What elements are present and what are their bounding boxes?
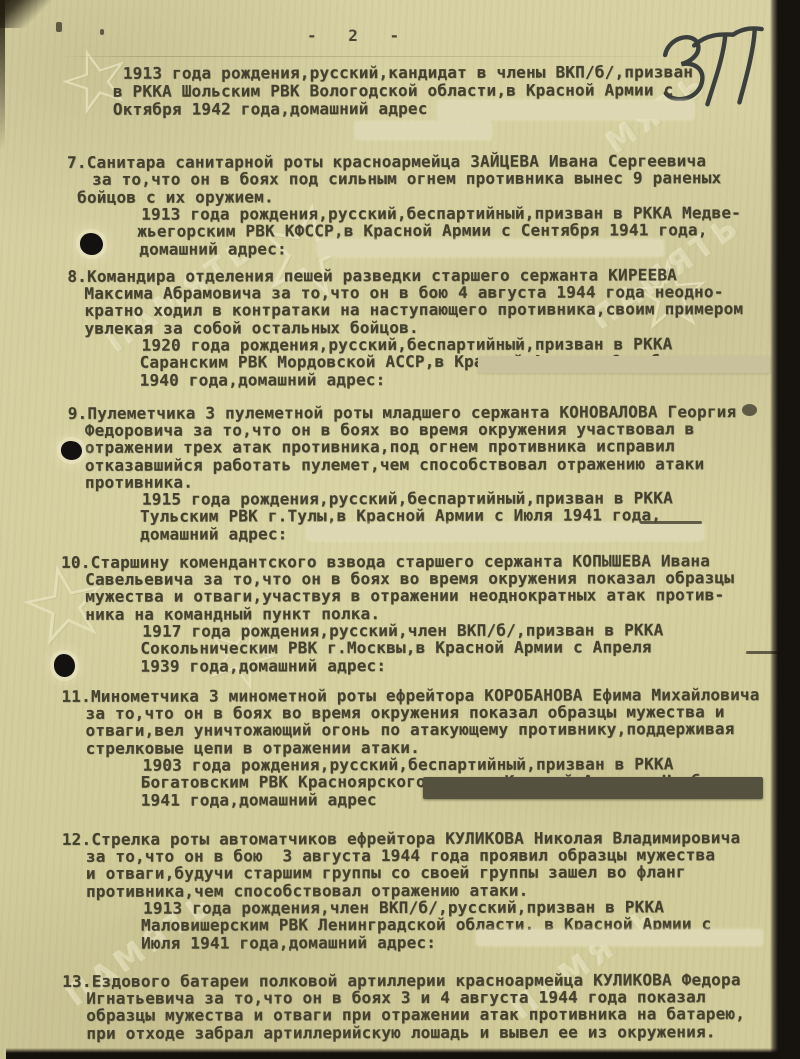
scan-edge-right: [770, 0, 800, 1059]
punch-hole: [54, 654, 75, 677]
entry-8-line: кратно ходил в контратаки на наступающег…: [84, 300, 743, 319]
entry-7-line: бойцов с их оружием.: [77, 188, 274, 206]
redaction-bar: [478, 356, 770, 373]
entry-9-line: Тульским РВК г.Тулы,в Красной Армии с Ию…: [140, 506, 661, 524]
redaction-bar: [477, 930, 762, 945]
entry-9-line: отражении трех атак противника,под огнем…: [85, 437, 675, 456]
entry-7-line: за то,что он в боях под сильным огнем пр…: [92, 169, 721, 188]
entry-13-line: при отходе забрал артиллерийскую лошадь …: [86, 1023, 715, 1042]
entry-continuation-line: в РККА Шольским РВК Вологодской области,…: [113, 81, 674, 99]
scan-edge-left-top: [0, 0, 5, 150]
scan-corner-top-left: [0, 0, 64, 28]
ink-mark: [742, 404, 757, 416]
entry-12-line: и отваги,будучи старшим группы со своей …: [86, 863, 686, 882]
entry-10-line: Сокольническим РВК г.Москвы,в Красной Ар…: [140, 638, 651, 656]
entry-9-line: отказавшийся работать пулемет,чем способ…: [85, 455, 705, 474]
redaction-bar: [356, 122, 491, 139]
entry-continuation-line: Октября 1942 года,домашний адрес: [113, 100, 428, 118]
entry-continuation-line: 1913 года рождения,русский,кандидат в чл…: [123, 63, 693, 81]
entry-11-line: отваги,вел уничтожающий огонь по атакующ…: [86, 720, 735, 739]
redaction-bar: [318, 240, 663, 256]
entry-11-line: 1941 года,домашний адрес: [141, 791, 377, 809]
entry-10-line: ника на командный пункт полка.: [85, 605, 380, 623]
entry-10-line: мужества и отваги,участвуя в отражении н…: [85, 586, 724, 605]
entry-10-line: 1939 года,домашний адрес:: [140, 657, 386, 675]
entry-12-line: Июля 1941 года,домашний адрес:: [141, 934, 436, 952]
redaction-bar: [308, 524, 703, 540]
entry-9-line: домашний адрес:: [140, 525, 288, 542]
entry-13-line: образцы мужества и отваги при отражении …: [86, 1005, 745, 1024]
redaction-bar: [423, 777, 763, 799]
scan-edge-bottom: [6, 1048, 782, 1059]
punch-hole: [61, 441, 82, 460]
entry-8-line: 1940 года,домашний адрес:: [140, 371, 386, 389]
entry-9-line: противника.: [85, 474, 193, 491]
ink-mark: [640, 521, 702, 524]
document-page: ☆☆☆☆☆ПАМЯТЬМЯТЬПАМЯТЬПАМЯТЬПАМЯТЬ - 2 - …: [0, 0, 800, 1059]
entry-7-line: домашний адрес:: [139, 240, 287, 257]
ink-mark: [100, 29, 104, 35]
redaction-bar: [438, 101, 693, 119]
entry-7-line: жьегорским РВК КФССР,в Красной Армии с С…: [137, 221, 707, 239]
punch-hole: [80, 233, 103, 255]
